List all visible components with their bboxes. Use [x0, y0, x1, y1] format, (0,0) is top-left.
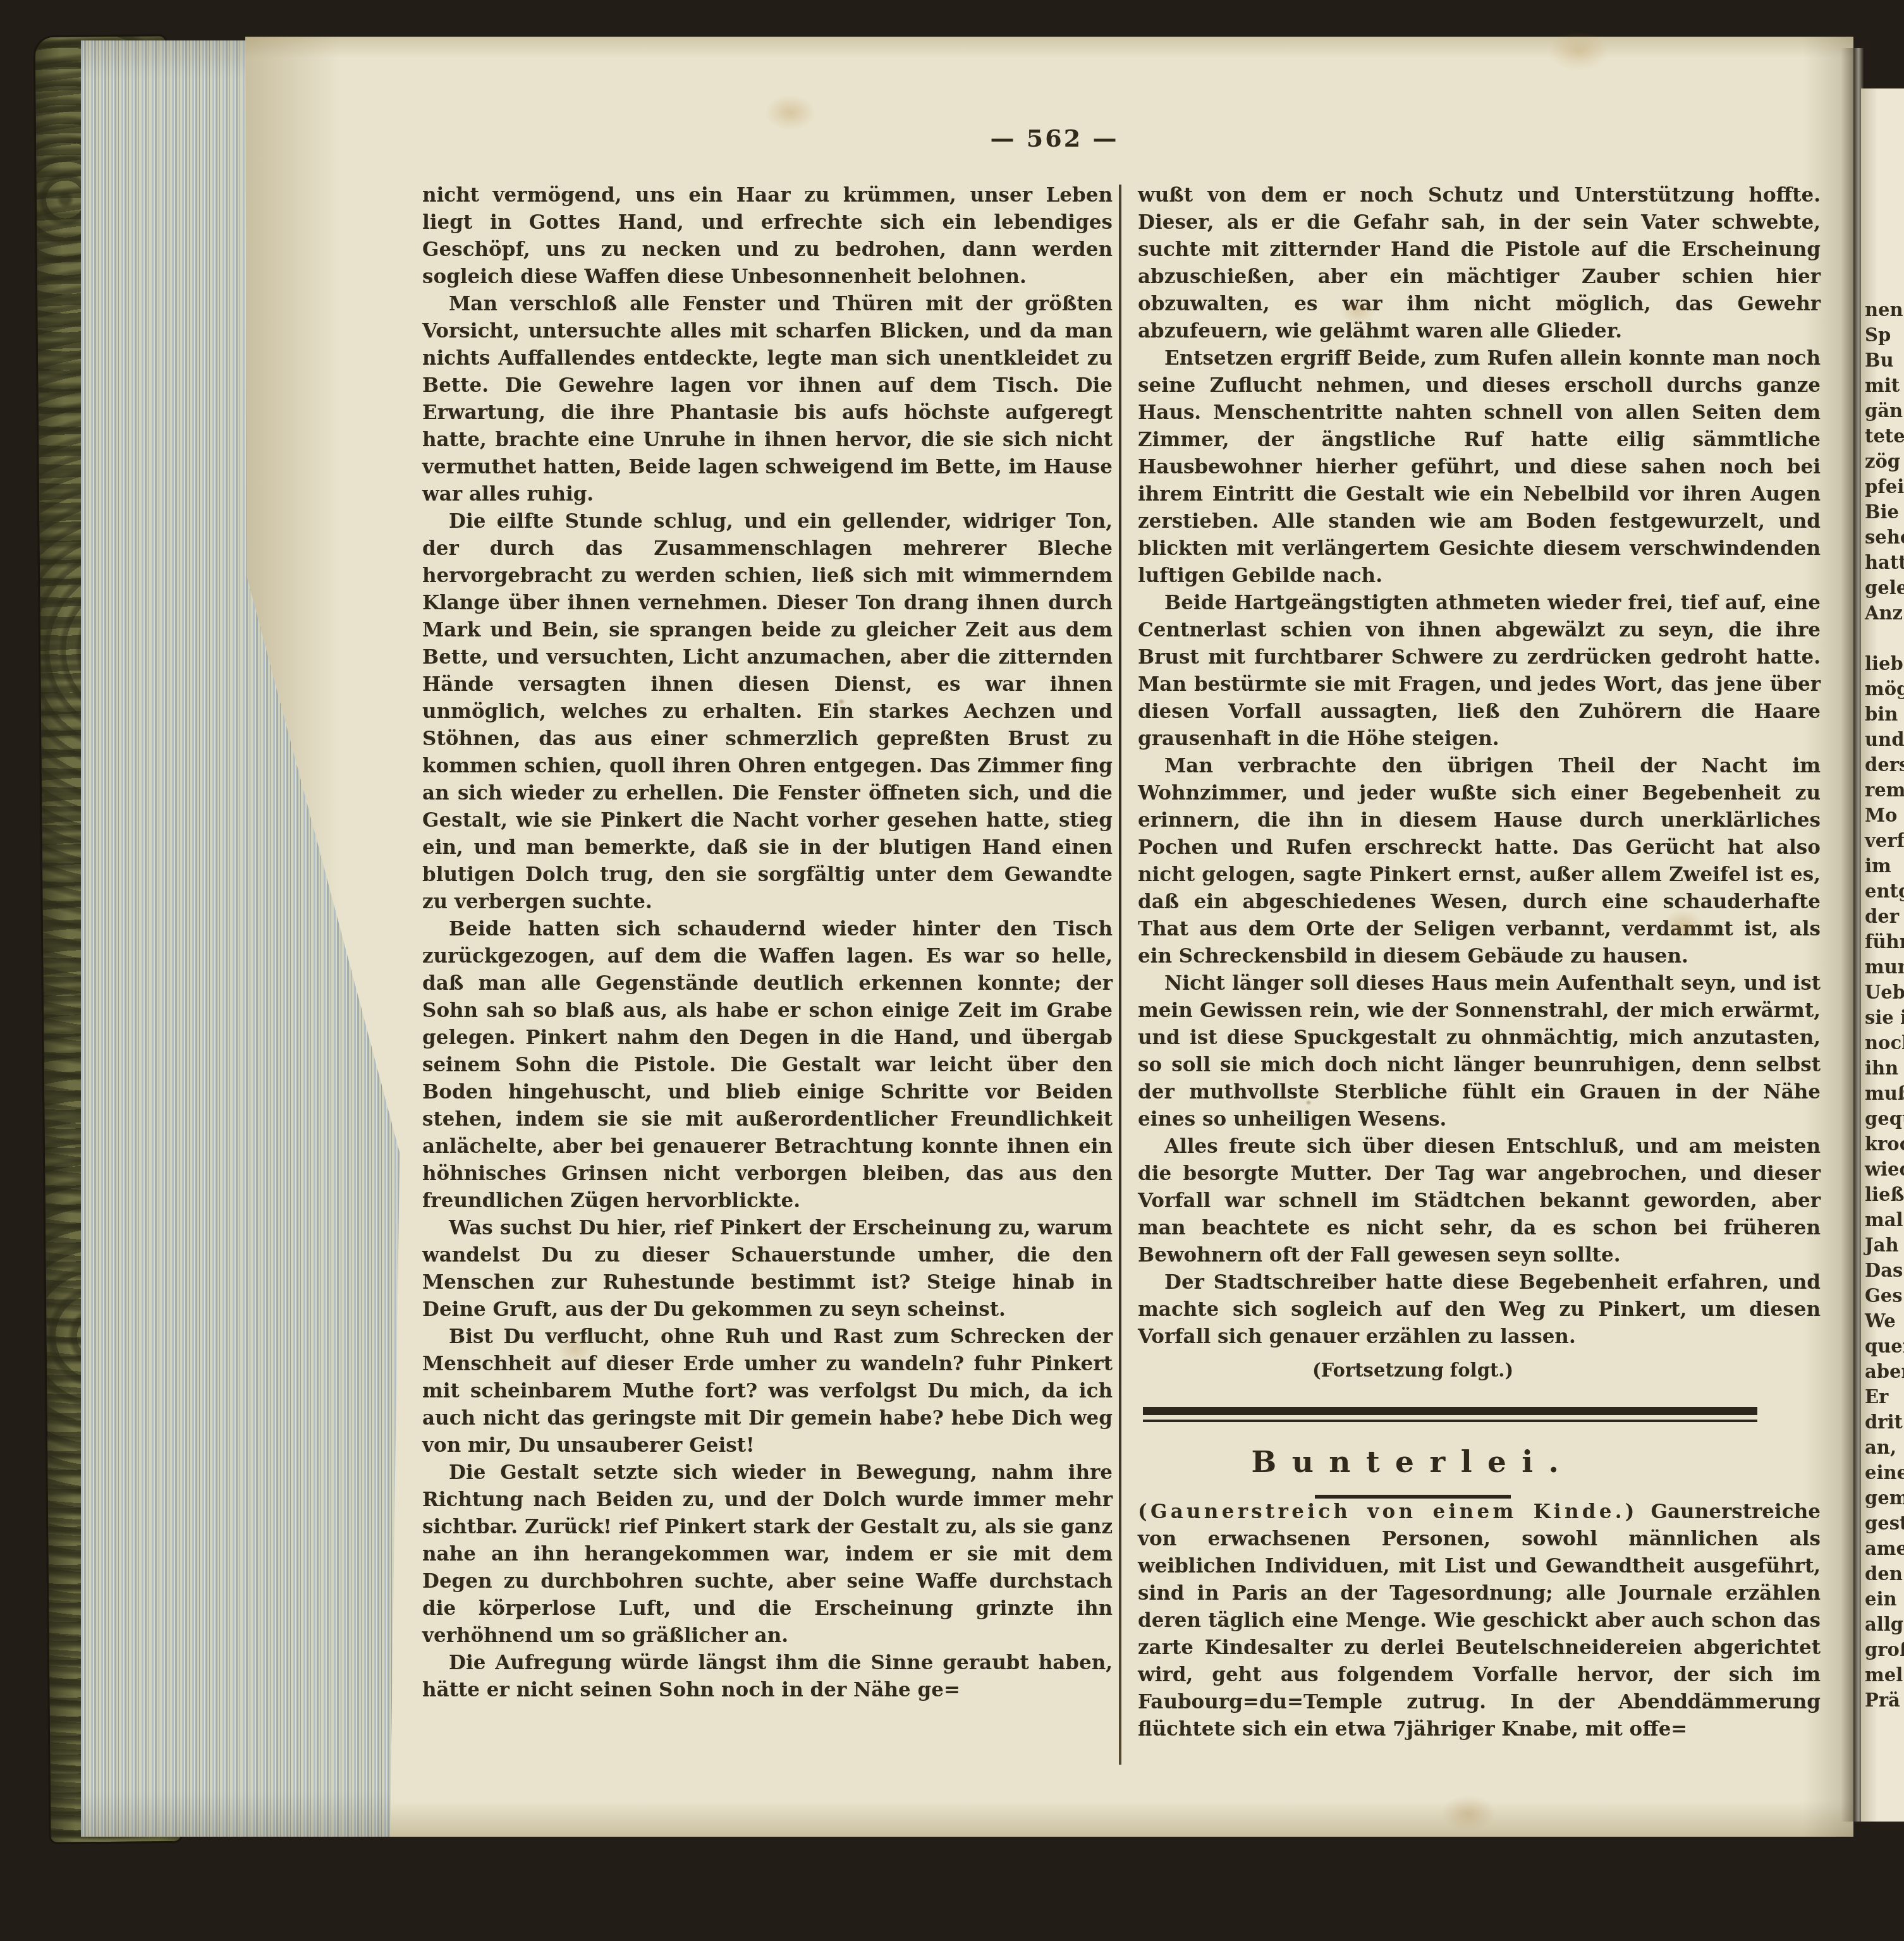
sliver-line: Das — [1865, 1258, 1904, 1283]
sliver-line: gequ — [1865, 1106, 1904, 1131]
sliver-line: kroc — [1865, 1131, 1904, 1157]
sliver-line: Jah — [1865, 1232, 1904, 1258]
sliver-line: lieb — [1865, 651, 1904, 676]
sliver-line: mel — [1865, 1662, 1904, 1688]
sliver-line: mög — [1865, 676, 1904, 702]
heading-rule — [1315, 1495, 1511, 1499]
section-text: Gaunerstreiche von erwachsenen Personen,… — [1138, 1500, 1821, 1741]
sliver-line: wied — [1865, 1157, 1904, 1182]
sliver-line: sie i — [1865, 1005, 1904, 1030]
sliver-line: eine — [1865, 1460, 1904, 1485]
book-scan: nenSpBumitgäntetezögpfeiBiesehehattgeleA… — [0, 0, 1904, 1941]
next-page-clipped-text: nenSpBumitgäntetezögpfeiBiesehehattgeleA… — [1865, 297, 1904, 1713]
sliver-line: Ges — [1865, 1283, 1904, 1308]
sliver-line: Anz — [1865, 600, 1904, 626]
paragraph: Alles freute sich über diesen Entschluß,… — [1138, 1133, 1821, 1269]
section-header: Bunterlei. — [1071, 1449, 1754, 1499]
sliver-line: zög — [1865, 449, 1904, 474]
next-page-sliver: nenSpBumitgäntetezögpfeiBiesehehattgeleA… — [1861, 88, 1904, 1822]
right-column-story: wußt von dem er noch Schutz und Unterstü… — [1138, 182, 1821, 1351]
sliver-line: mal — [1865, 1207, 1904, 1232]
sliver-line: drit — [1865, 1409, 1904, 1435]
sliver-line: Prä — [1865, 1688, 1904, 1713]
sliver-line: Ueb — [1865, 980, 1904, 1005]
paragraph: Die eilfte Stunde schlug, und ein gellen… — [422, 508, 1113, 916]
sliver-line: Er — [1865, 1384, 1904, 1409]
sliver-line: Bie — [1865, 499, 1904, 525]
sliver-line: pfei — [1865, 474, 1904, 499]
sliver-line: führ — [1865, 929, 1904, 954]
section-divider-rule — [1143, 1407, 1757, 1422]
paragraph: Die Gestalt setzte sich wieder in Bewegu… — [422, 1459, 1113, 1650]
sliver-line: den. — [1865, 1561, 1904, 1586]
sliver-line: entg — [1865, 879, 1904, 904]
paragraph: wußt von dem er noch Schutz und Unterstü… — [1138, 182, 1821, 345]
sliver-line: ders — [1865, 752, 1904, 777]
sliver-line: rem — [1865, 777, 1904, 803]
paragraph: Beide hatten sich schaudernd wieder hint… — [422, 916, 1113, 1215]
sliver-line: und — [1865, 727, 1904, 752]
sliver-line: Bu — [1865, 348, 1904, 373]
paragraph: Was suchst Du hier, rief Pinkert der Ers… — [422, 1215, 1113, 1323]
sliver-line: gän — [1865, 398, 1904, 423]
sliver-line: im — [1865, 853, 1904, 879]
sliver-line: We — [1865, 1308, 1904, 1334]
continuation-note: (Fortsetzung folgt.) — [1071, 1357, 1754, 1384]
sliver-line: ließ — [1865, 1182, 1904, 1207]
sliver-line: mit — [1865, 373, 1904, 398]
column-divider — [1119, 185, 1121, 1765]
page-number: — 562 — — [991, 124, 1119, 152]
sliver-line: der — [1865, 904, 1904, 929]
sliver-line: gest — [1865, 1511, 1904, 1536]
section-lead: (Gaunerstreich von einem Kinde.) — [1138, 1500, 1638, 1523]
paragraph: Beide Hartgeängstigten athmeten wieder f… — [1138, 590, 1821, 753]
paragraph: nicht vermögend, uns ein Haar zu krümmen… — [422, 182, 1113, 291]
sliver-line: gem — [1865, 1485, 1904, 1511]
sliver-line: bin — [1865, 702, 1904, 727]
sliver-line: aber — [1865, 1359, 1904, 1384]
paragraph: Nicht länger soll dieses Haus mein Aufen… — [1138, 970, 1821, 1133]
section-heading: Bunterlei. — [1071, 1449, 1754, 1476]
gutter-shadow — [1841, 48, 1864, 1822]
sliver-line: an, — [1865, 1435, 1904, 1460]
sliver-line: sehe — [1865, 525, 1904, 550]
sliver-line: noch — [1865, 1030, 1904, 1056]
sliver-line: mun — [1865, 954, 1904, 980]
sliver-line — [1865, 626, 1904, 651]
sliver-line: ihn — [1865, 1056, 1904, 1081]
sliver-line: ame — [1865, 1536, 1904, 1561]
left-column: nicht vermögend, uns ein Haar zu krümmen… — [422, 182, 1113, 1704]
sliver-line: groß — [1865, 1637, 1904, 1662]
paragraph: Man verschloß alle Fenster und Thüren mi… — [422, 291, 1113, 508]
sliver-line: allg — [1865, 1612, 1904, 1637]
paragraph: Die Aufregung würde längst ihm die Sinne… — [422, 1650, 1113, 1704]
sliver-line: hatt — [1865, 550, 1904, 575]
sliver-line: verf — [1865, 828, 1904, 853]
paragraph: Man verbrachte den übrigen Theil der Nac… — [1138, 753, 1821, 970]
sliver-line: gele — [1865, 575, 1904, 600]
paragraph: Der Stadtschreiber hatte diese Begebenhe… — [1138, 1269, 1821, 1351]
paragraph: Entsetzen ergriff Beide, zum Rufen allei… — [1138, 345, 1821, 590]
sliver-line: tete — [1865, 423, 1904, 449]
section-paragraph: (Gaunerstreich von einem Kinde.) Gauners… — [1138, 1499, 1821, 1743]
right-column: wußt von dem er noch Schutz und Unterstü… — [1138, 182, 1821, 1743]
sliver-line: Sp — [1865, 322, 1904, 348]
sliver-line: muß — [1865, 1081, 1904, 1106]
paragraph: Bist Du verflucht, ohne Ruh und Rast zum… — [422, 1323, 1113, 1459]
sliver-line: Mo — [1865, 803, 1904, 828]
sliver-line: ein — [1865, 1586, 1904, 1612]
sliver-line: nen — [1865, 297, 1904, 322]
sliver-line: quer — [1865, 1334, 1904, 1359]
